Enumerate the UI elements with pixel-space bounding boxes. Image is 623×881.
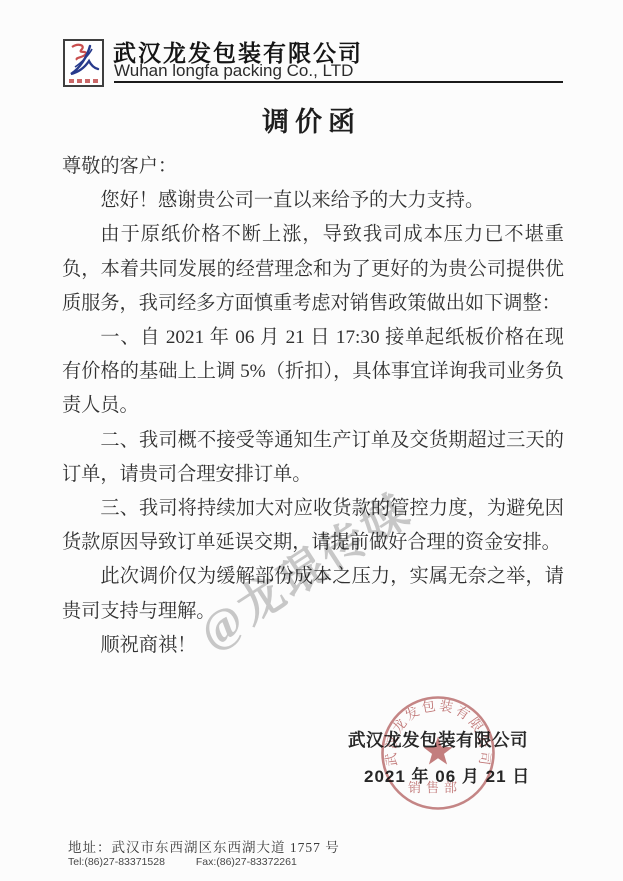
footer-address: 地址：武汉市东西湖区东西湖大道 1757 号 bbox=[68, 836, 340, 856]
seal-star-icon bbox=[423, 737, 452, 765]
paragraph-item-1: 一、自 2021 年 06 月 21 日 17:30 接单起纸板价格在现有价格的… bbox=[62, 321, 564, 424]
footer-contact: Tel:(86)27-83371528 Fax:(86)27-83372261 bbox=[68, 856, 297, 868]
paragraph-greeting: 您好！感谢贵公司一直以来给予的大力支持。 bbox=[62, 184, 564, 218]
logo-graphic bbox=[65, 41, 102, 85]
letter-title: 调价函 bbox=[0, 100, 623, 139]
logo-caption-marks bbox=[69, 79, 98, 83]
seal-department: 销售部 bbox=[408, 780, 462, 795]
logo-red-calligraphy bbox=[72, 45, 86, 60]
closing-wish: 顺祝商祺！ bbox=[62, 629, 564, 663]
company-seal: 武汉龙发包装有限公司 销售部 bbox=[373, 688, 503, 818]
letter-page: 武汉龙发包装有限公司 Wuhan longfa packing Co., LTD… bbox=[0, 0, 623, 881]
footer-tel: Tel:(86)27-83371528 bbox=[68, 856, 165, 868]
salutation: 尊敬的客户： bbox=[62, 150, 564, 184]
paragraph-reason: 由于原纸价格不断上涨，导致我司成本压力已不堪重负，本着共同发展的经营理念和为了更… bbox=[62, 218, 564, 321]
footer-fax: Fax:(86)27-83372261 bbox=[196, 856, 297, 868]
company-logo bbox=[63, 39, 104, 87]
paragraph-item-2: 二、我司概不接受等通知生产订单及交货期超过三天的订单，请贵司合理安排订单。 bbox=[62, 424, 564, 492]
company-name-english: Wuhan longfa packing Co., LTD bbox=[114, 61, 353, 81]
letterhead-rule bbox=[114, 81, 563, 83]
